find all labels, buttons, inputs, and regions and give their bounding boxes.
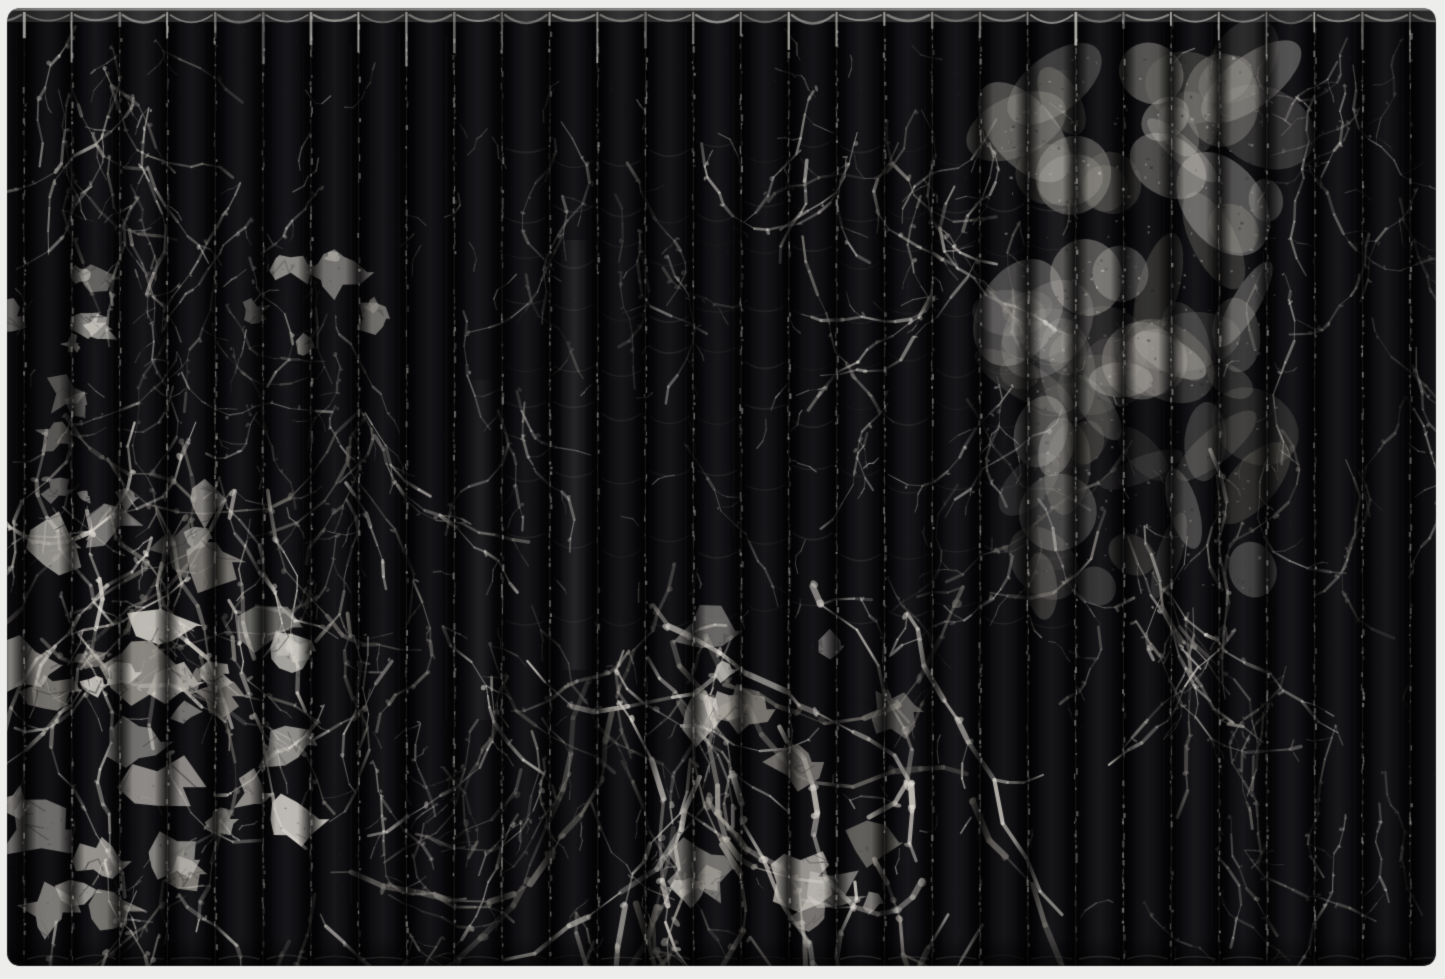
fluted-marble-panel-image [0, 0, 1445, 979]
marble-photo-figure [0, 0, 1445, 979]
